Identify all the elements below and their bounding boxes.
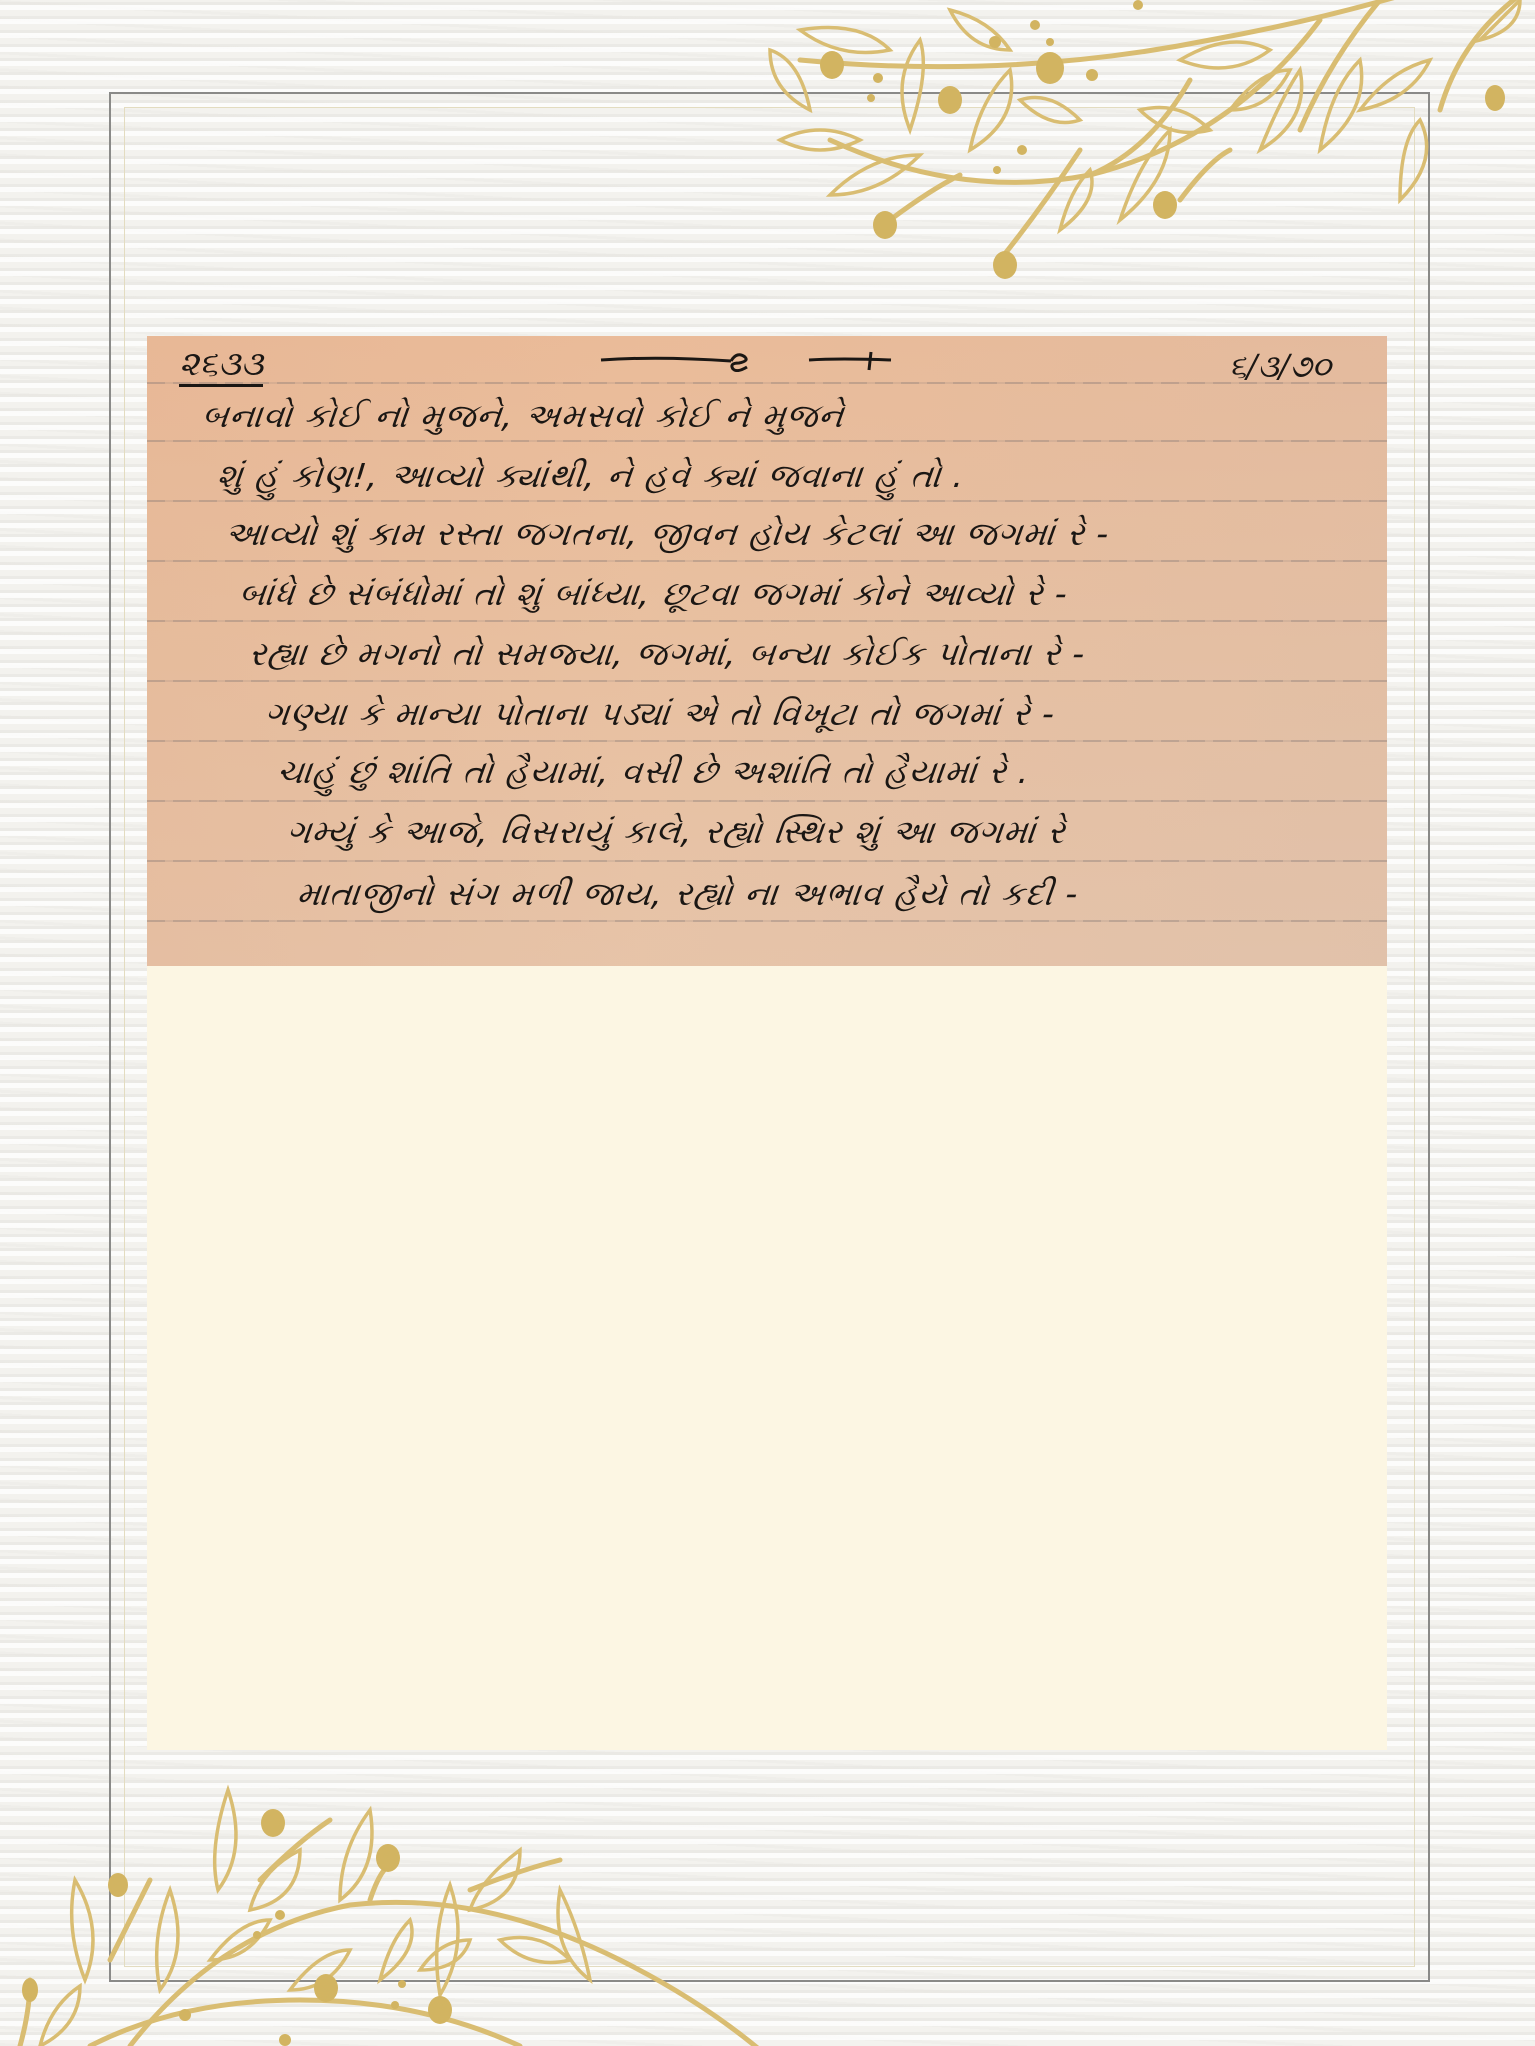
ruled-line xyxy=(147,382,1387,384)
manuscript-line-4: બાંધે છે સંબંધોમાં તો શું બાંધ્યા, છૂટવા… xyxy=(237,572,1070,616)
ruled-line xyxy=(147,920,1387,922)
entry-date: ૬/૩/૭૦ xyxy=(1229,346,1331,386)
manuscript-line-5: રહ્યા છે મગનો તો સમજ્યા, જગમાં, બન્યા કો… xyxy=(247,632,1088,676)
manuscript-line-3: આવ્યો શું કામ રસ્તા જગતના, જીવન હોય કેટલ… xyxy=(223,512,1112,556)
manuscript-line-2: શું હું કોણ!, આવ્યો ક્યાંથી, ને હવે ક્યા… xyxy=(215,454,967,498)
manuscript-line-1: બનાવો કોઈ નો મુજને, અમસવો કોઈ ને મુજને xyxy=(200,394,847,438)
ruled-line xyxy=(147,560,1387,562)
manuscript-line-9: માતાજીનો સંગ મળી જાય, રહ્યો ના અભાવ હૈયે… xyxy=(295,872,1081,916)
ruled-line xyxy=(147,740,1387,742)
ruled-line xyxy=(147,680,1387,682)
ruled-line xyxy=(147,620,1387,622)
manuscript-line-8: ગમ્યું કે આજે, વિસરાયું કાલે, રહ્યો સ્થિ… xyxy=(285,810,1068,854)
ruled-line xyxy=(147,500,1387,502)
manuscript-line-7: ચાહું છું શાંતિ તો હૈયામાં, વસી છે અશાંત… xyxy=(275,750,1032,794)
ruled-line xyxy=(147,860,1387,862)
header-ornament-flourish xyxy=(599,348,899,372)
ruled-line xyxy=(147,440,1387,442)
manuscript-scan: ૨૬૩૩ ૬/૩/૭૦ બનાવો કોઈ નો મુજને, અમસવો કો… xyxy=(147,336,1387,966)
ruled-line xyxy=(147,800,1387,802)
page-number: ૨૬૩૩ xyxy=(179,344,263,387)
manuscript-line-6: ગણ્યા કે માન્યા પોતાના પડ્યાં એ તો વિખૂટ… xyxy=(263,692,1058,736)
